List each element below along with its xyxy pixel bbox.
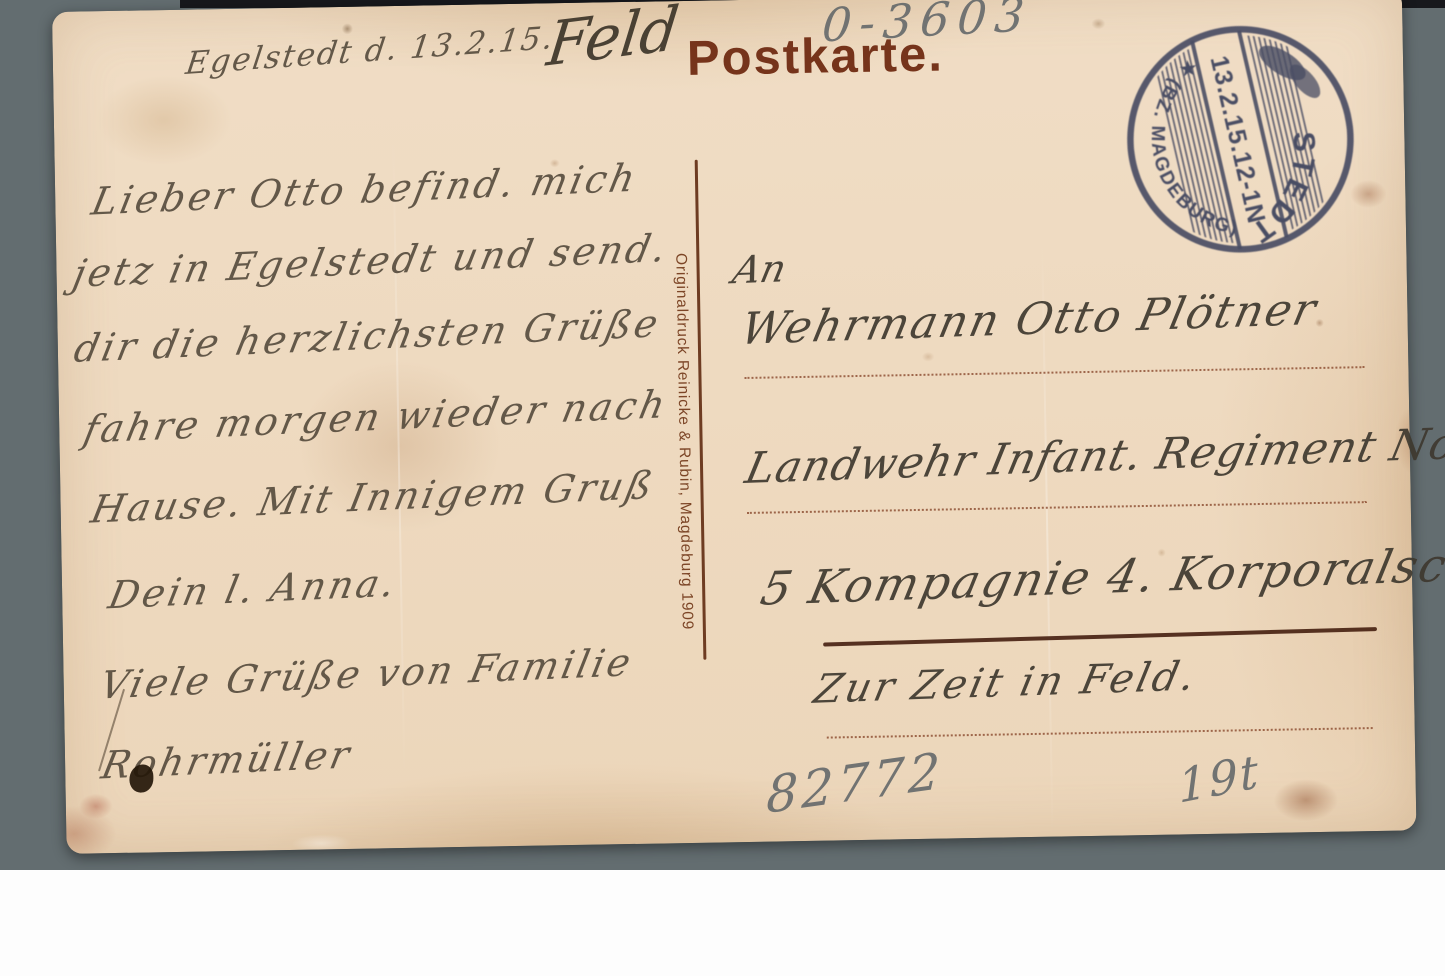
pencil-number-bottom-right: 19t	[1177, 744, 1261, 814]
ink-blot	[129, 764, 153, 792]
address-dotted-line	[827, 727, 1373, 739]
postmark-graphic: STEDT ★ (BZ. MAGDEBURG) ★ 13.2.15.12-1N	[1096, 0, 1384, 283]
scan-white-strip	[0, 870, 1445, 976]
message-line: jetz in Egelstedt und send.	[69, 226, 673, 296]
message-line: dir die herzlichsten Grüße	[70, 301, 664, 371]
postmark-stamp: STEDT ★ (BZ. MAGDEBURG) ★ 13.2.15.12-1N	[1096, 0, 1384, 283]
address-dotted-line	[747, 501, 1367, 514]
address-an: An	[729, 246, 791, 292]
pencil-number-top: 0-3603	[820, 0, 1034, 52]
message-line: Hause. Mit Innigem Gruß	[87, 463, 659, 532]
message-line: Viele Grüße von Familie	[96, 640, 637, 708]
address-line-regiment: Landwehr Infant. Regiment No 36	[741, 417, 1445, 494]
photo-of-postcard: Postkarte. Originaldruck Reinicke & Rubi…	[0, 0, 1445, 976]
postcard: Postkarte. Originaldruck Reinicke & Rubi…	[52, 0, 1416, 854]
address-line-name: Wehrmann Otto Plötner	[736, 284, 1322, 355]
message-line: Dein l. Anna.	[105, 560, 402, 617]
publisher-imprint: Originaldruck Reinicke & Rubin, Magdebur…	[671, 253, 696, 630]
address-line-company: 5 Kompagnie 4. Korporalschaft	[756, 534, 1445, 616]
message-line: fahre morgen wieder nach	[80, 382, 672, 452]
message-line: Lieber Otto befind. mich	[88, 155, 642, 223]
handwritten-dateline: Egelstedt d. 13.2.15.	[183, 20, 557, 82]
printed-divider-line	[695, 160, 707, 660]
address-dotted-line	[744, 366, 1364, 379]
handwritten-feld: Feld	[543, 0, 682, 81]
address-line-field: Zur Zeit in Feld.	[810, 653, 1202, 712]
handwritten-underline	[823, 627, 1377, 646]
photo-background: Postkarte. Originaldruck Reinicke & Rubi…	[0, 0, 1445, 870]
pencil-number-bottom-left: 82772	[765, 741, 944, 825]
